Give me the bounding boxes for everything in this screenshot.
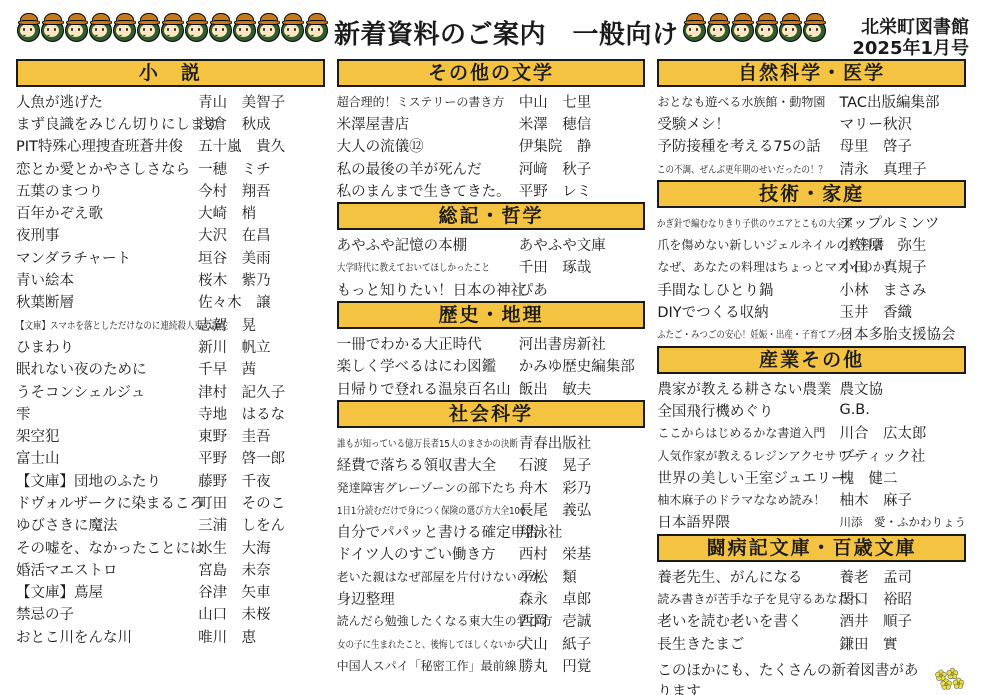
book-author: 小林 まさみ [839,279,966,300]
book-title: 爪を傷めない新しいジェルネイルの教科書 [657,236,839,253]
book-title: 老いを読む老いを書く [657,610,839,631]
book-title: 【文庫】蔦屋 [16,581,198,602]
acorn-child-icon [17,12,40,42]
book-title: 大人の流儀⑫ [337,135,519,156]
book-author: 山口 未桜 [198,603,325,624]
list-item: 手間なしひとり鍋小林 まさみ [657,278,966,300]
acorn-child-icon [257,12,280,42]
acorn-child-icon [803,12,826,42]
book-title: 中国人スパイ「秘密工作」最前線 [337,657,519,674]
book-title: 婚活マエストロ [16,559,198,580]
book-title: 雫 [16,403,198,424]
book-author: 唯川 恵 [198,626,325,647]
book-title: 自分でパパッと書ける確定申告 [337,521,519,542]
list-item: 中国人スパイ「秘密工作」最前線勝丸 円覚 [337,654,646,676]
list-item: 農家が教える耕さない農業農文協 [657,377,966,399]
book-author: 犬山 紙子 [519,633,646,654]
list-item: 老いた親はなぜ部屋を片付けないのか平松 類 [337,565,646,587]
book-author: 藤野 千夜 [198,470,325,491]
acorn-child-icon [779,12,802,42]
list-item: うそコンシェルジュ津村 記久子 [16,380,325,402]
list-item: 予防接種を考える75の話母里 啓子 [657,135,966,157]
book-title: 読み書きが苦手な子を見守るあなたへ [657,590,839,607]
book-title: 架空犯 [16,425,198,446]
book-title: 受験メシ！ [657,113,839,134]
book-author: 青春出版社 [519,432,646,453]
page-header: 新着資料のご案内 一般向け 北栄町図書館 2025年1月号 [0,0,983,56]
book-author: 桜木 紫乃 [198,269,325,290]
book-title: 経費で落ちる領収書大全 [337,454,519,475]
list-item: 大人の流儀⑫伊集院 静 [337,135,646,157]
book-author: 川合 広太郎 [839,422,966,443]
newsletter-page: 新着資料のご案内 一般向け 北栄町図書館 2025年1月号 小 説人魚が逃げた青… [0,0,983,695]
section-header: その他の文学 [337,59,646,87]
book-author: 津村 記久子 [198,381,325,402]
book-title: おとなも遊べる水族館・動物園 [657,93,839,110]
book-title: 読んだら勉強したくなる東大生の学び方 [337,612,519,629]
book-title: 老いた親はなぜ部屋を片付けないのか [337,568,519,585]
book-author: 河出書房新社 [519,333,646,354]
book-title: その嘘を、なかったことには [16,537,198,558]
book-title: 【文庫】スマホを落としただけなのに連続殺人鬼の誕生 [16,317,171,332]
section-header: 闘病記文庫・百歳文庫 [657,534,966,562]
book-author: TAC出版編集部 [839,91,966,112]
book-author: あやふや文庫 [519,234,646,255]
book-title: 一冊でわかる大正時代 [337,333,519,354]
book-title: 五葉のまつり [16,180,198,201]
list-item: 長生きたまご鎌田 實 [657,632,966,654]
list-item: 【文庫】団地のふたり藤野 千夜 [16,469,325,491]
book-title: うそコンシェルジュ [16,381,198,402]
book-title: 身辺整理 [337,588,519,609]
book-author: ぴあ [519,279,646,300]
book-author: 宮島 未奈 [198,559,325,580]
section-header: 産業その他 [657,346,966,374]
book-title: 富士山 [16,447,198,468]
list-item: 米澤屋書店米澤 穂信 [337,112,646,134]
book-title: 【文庫】団地のふたり [16,470,198,491]
acorn-child-icon [89,12,112,42]
list-item: 世界の美しい王室ジュエリー槐 健二 [657,466,966,488]
list-item: 富士山平野 啓一郎 [16,447,325,469]
book-title: 眠れない夜のために [16,358,198,379]
list-item: 百年かぞえ歌大崎 梢 [16,201,325,223]
book-author: 川添 愛・ふかわりょう [839,514,966,530]
book-author: 酒井 順子 [839,610,966,631]
book-author: 清永 真理子 [839,158,966,179]
acorn-child-icon [755,12,778,42]
list-item: その嘘を、なかったことには水生 大海 [16,536,325,558]
list-item: 禁忌の子山口 未桜 [16,603,325,625]
book-title: 楽しく学べるはにわ図鑑 [337,355,519,376]
list-item: まず良識をみじん切りにします浅倉 秋成 [16,112,325,134]
book-title: 日本語界隈 [657,511,839,532]
book-author: 平野 啓一郎 [198,447,325,468]
book-author: 佐々木 譲 [198,291,325,312]
list-item: 夜刑事大沢 在昌 [16,224,325,246]
list-item: 【文庫】蔦屋谷津 矢車 [16,581,325,603]
book-title: PIT特殊心理捜査班蒼井俊 [16,135,198,156]
book-columns: 小 説人魚が逃げた青山 美智子まず良識をみじん切りにします浅倉 秋成PIT特殊心… [0,56,983,695]
list-item: 発達障害グレーゾーンの部下たち舟木 彩乃 [337,476,646,498]
list-item: 受験メシ！マリー秋沢 [657,112,966,134]
book-author: 千早 茜 [198,358,325,379]
section-header: 歴史・地理 [337,301,646,329]
book-author: 母里 啓子 [839,135,966,156]
book-author: 鎌田 實 [839,633,966,654]
book-title: 農家が教える耕さない農業 [657,378,839,399]
acorn-child-icon [137,12,160,42]
list-item: 楽しく学べるはにわ図鑑かみゆ歴史編集部 [337,355,646,377]
book-author: 玉井 香織 [839,301,966,322]
book-title: 柚木麻子のドラマななめ読み！ [657,491,839,508]
book-title: DIYでつくる収納 [657,301,839,322]
list-item: 五葉のまつり今村 翔吾 [16,179,325,201]
list-item: 人魚が逃げた青山 美智子 [16,90,325,112]
acorn-child-icon [233,12,256,42]
list-item: 身辺整理森永 卓郎 [337,587,646,609]
list-item: 柚木麻子のドラマななめ読み！柚木 麻子 [657,488,966,510]
book-title: かぎ針で編むなりきり子供のウエアとこもの大全集 [657,215,812,230]
book-title: この不調、ぜんぶ更年期のせいだったの！？ [657,161,812,176]
book-author: 農文協 [839,378,966,399]
book-author: 米澤 穂信 [519,113,646,134]
book-author: 勝丸 円覚 [519,655,646,676]
book-author: 千田 琢哉 [519,256,646,277]
list-item: 一冊でわかる大正時代河出書房新社 [337,332,646,354]
page-title: 新着資料のご案内 一般向け [334,14,679,51]
book-title: 人魚が逃げた [16,91,198,112]
section-header: 社会科学 [337,400,646,428]
book-author: 日本多胎支援協会 [839,323,966,344]
book-author: 平松 類 [519,566,646,587]
footer-note-text: このほかにも、たくさんの新着図書があります [657,659,924,695]
book-title: マンダラチャート [16,247,198,268]
book-author: 浅倉 秋成 [198,113,325,134]
list-item: 全国飛行機めぐりG.B. [657,399,966,421]
mascot-row-right [683,10,827,42]
book-author: かみゆ歴史編集部 [519,355,646,376]
list-item: マンダラチャート垣谷 美雨 [16,246,325,268]
list-item: 架空犯東野 圭吾 [16,424,325,446]
book-title: 私の最後の羊が死んだ [337,158,519,179]
book-author: ブティック社 [839,445,966,466]
book-author: 谷津 矢車 [198,581,325,602]
book-author: 西村 栄基 [519,543,646,564]
book-title: 米澤屋書店 [337,113,519,134]
list-item: ドヴォルザークに染まるころ町田 そのこ [16,491,325,513]
book-title: なぜ、あなたの料理はちょっとマズイのか？ [657,258,839,275]
book-title: 女の子に生まれたこと、後悔してほしくないから [337,636,492,651]
acorn-child-icon [41,12,64,42]
book-title: まず良識をみじん切りにします [16,113,198,134]
book-author: 一穂 ミチ [198,158,325,179]
acorn-child-icon [305,12,328,42]
list-item: 私の最後の羊が死んだ河﨑 秋子 [337,157,646,179]
book-title: おとこ川をんな川 [16,626,198,647]
book-title: 百年かぞえ歌 [16,202,198,223]
list-item: 超合理的！ミステリーの書き方中山 七里 [337,90,646,112]
acorn-child-icon [65,12,88,42]
list-item: 人気作家が教えるレジンアクセサリーブティック社 [657,444,966,466]
book-title: もっと知りたい！日本の神社 [337,279,519,300]
book-author: 伊集院 静 [519,135,646,156]
list-item: 日本語界隈川添 愛・ふかわりょう [657,511,966,533]
footer-note: このほかにも、たくさんの新着図書があります [657,659,966,695]
book-author: 舟木 彩乃 [519,477,646,498]
book-title: 誰もが知っている億万長者15人のまさかの決断 [337,435,492,450]
book-author: 寺地 はるな [198,403,325,424]
book-author: 五十嵐 貴久 [198,135,325,156]
book-title: 予防接種を考える75の話 [657,135,839,156]
book-author: 関口 裕昭 [839,588,966,609]
book-author: マリー秋沢 [839,113,966,134]
book-title: 人気作家が教えるレジンアクセサリー [657,447,839,464]
book-title: 大学時代に教えておいてほしかったこと [337,259,492,274]
acorn-child-icon [683,12,706,42]
book-author: 森永 卓郎 [519,588,646,609]
list-item: 【文庫】スマホを落としただけなのに連続殺人鬼の誕生志駕 晃 [16,313,325,335]
acorn-child-icon [185,12,208,42]
book-author: G.B. [839,402,966,418]
acorn-child-icon [209,12,232,42]
book-author: 柚木 麻子 [839,489,966,510]
list-item: 眠れない夜のために千早 茜 [16,358,325,380]
book-title: あやふや記憶の本棚 [337,234,519,255]
acorn-child-icon [731,12,754,42]
library-name: 北栄町図書館 [852,18,969,39]
book-title: 発達障害グレーゾーンの部下たち [337,479,519,496]
list-item: 秋葉断層佐々木 譲 [16,291,325,313]
book-title: ひまわり [16,336,198,357]
book-title: 全国飛行機めぐり [657,400,839,421]
book-author: 大沢 在昌 [198,224,325,245]
book-author: 今村 翔吾 [198,180,325,201]
book-title: 世界の美しい王室ジュエリー [657,467,839,488]
list-item: 読んだら勉強したくなる東大生の学び方西岡 壱誠 [337,610,646,632]
book-author: 三浦 しをん [198,514,325,535]
list-item: 恋とか愛とかやさしさなら一穂 ミチ [16,157,325,179]
book-title: ドイツ人のすごい働き方 [337,543,519,564]
book-author: 平野 レミ [519,180,646,201]
book-title: 恋とか愛とかやさしさなら [16,158,198,179]
acorn-child-icon [281,12,304,42]
book-author: アップルミンツ [839,212,966,233]
section-header: 小 説 [16,59,325,87]
list-item: 読み書きが苦手な子を見守るあなたへ関口 裕昭 [657,587,966,609]
list-item: ドイツ人のすごい働き方西村 栄基 [337,543,646,565]
section-header: 技術・家庭 [657,180,966,208]
list-item: おとこ川をんな川唯川 恵 [16,625,325,647]
list-item: 養老先生、がんになる養老 孟司 [657,565,966,587]
book-author: 大崎 梢 [198,202,325,223]
list-item: かぎ針で編むなりきり子供のウエアとこもの大全集アップルミンツ [657,211,966,233]
list-item: ふたご・みつごの安心！妊娠・出産・子育てブック日本多胎支援協会 [657,323,966,345]
list-item: 爪を傷めない新しいジェルネイルの教科書小笠原 弥生 [657,233,966,255]
book-author: 西岡 壱誠 [519,610,646,631]
list-item: 青い絵本桜木 紫乃 [16,268,325,290]
list-item: 誰もが知っている億万長者15人のまさかの決断青春出版社 [337,431,646,453]
section-header: 総記・哲学 [337,202,646,230]
list-item: おとなも遊べる水族館・動物園TAC出版編集部 [657,90,966,112]
list-item: 日帰りで登れる温泉百名山飯出 敏夫 [337,377,646,399]
book-author: 河﨑 秋子 [519,158,646,179]
book-title: ふたご・みつごの安心！妊娠・出産・子育てブック [657,326,812,341]
book-title: 禁忌の子 [16,603,198,624]
list-item: 私のまんまで生きてきた。平野 レミ [337,179,646,201]
list-item: 雫寺地 はるな [16,402,325,424]
book-title: 夜刑事 [16,224,198,245]
book-author: 水生 大海 [198,537,325,558]
list-item: この不調、ぜんぶ更年期のせいだったの！？清永 真理子 [657,157,966,179]
book-title: 養老先生、がんになる [657,566,839,587]
list-item: 1日1分読むだけで身につく保険の選び方大全100長尾 義弘 [337,498,646,520]
book-author: 養老 孟司 [839,566,966,587]
book-author: 翔泳社 [519,521,646,542]
list-item: 老いを読む老いを書く酒井 順子 [657,610,966,632]
list-item: ひまわり新川 帆立 [16,335,325,357]
book-title: 青い絵本 [16,269,198,290]
book-title: ドヴォルザークに染まるころ [16,492,198,513]
acorn-child-icon [113,12,136,42]
book-author: 小田 真規子 [839,256,966,277]
book-title: 1日1分読むだけで身につく保険の選び方大全100 [337,502,492,517]
list-item: 女の子に生まれたこと、後悔してほしくないから犬山 紙子 [337,632,646,654]
library-block: 北栄町図書館 2025年1月号 [852,10,969,59]
book-author: 町田 そのこ [198,492,325,513]
list-item: 大学時代に教えておいてほしかったこと千田 琢哉 [337,256,646,278]
list-item: ここからはじめるかな書道入門川合 広太郎 [657,422,966,444]
flower-cluster-icon [933,666,966,694]
book-author: 中山 七里 [519,91,646,112]
list-item: 経費で落ちる領収書大全石渡 晃子 [337,454,646,476]
list-item: あやふや記憶の本棚あやふや文庫 [337,233,646,255]
list-item: なぜ、あなたの料理はちょっとマズイのか？小田 真規子 [657,256,966,278]
issue-label: 2025年1月号 [852,39,969,60]
book-title: 私のまんまで生きてきた。 [337,180,519,201]
acorn-child-icon [707,12,730,42]
list-item: DIYでつくる収納玉井 香織 [657,300,966,322]
book-author: 小笠原 弥生 [839,234,966,255]
mascot-row-left [16,10,328,42]
book-title: 秋葉断層 [16,291,198,312]
book-author: 長尾 義弘 [519,499,646,520]
book-title: ここからはじめるかな書道入門 [657,424,839,441]
list-item: 婚活マエストロ宮島 未奈 [16,558,325,580]
column-2: 自然科学・医学おとなも遊べる水族館・動物園TAC出版編集部受験メシ！マリー秋沢予… [657,58,966,695]
column-0: 小 説人魚が逃げた青山 美智子まず良識をみじん切りにします浅倉 秋成PIT特殊心… [16,58,325,647]
acorn-child-icon [161,12,184,42]
book-author: 青山 美智子 [198,91,325,112]
section-header: 自然科学・医学 [657,59,966,87]
book-author: 飯出 敏夫 [519,378,646,399]
book-author: 垣谷 美雨 [198,247,325,268]
book-title: 日帰りで登れる温泉百名山 [337,378,519,399]
book-title: 長生きたまご [657,633,839,654]
book-author: 槐 健二 [839,467,966,488]
column-1: その他の文学超合理的！ミステリーの書き方中山 七里米澤屋書店米澤 穂信大人の流儀… [337,58,646,677]
book-title: 手間なしひとり鍋 [657,279,839,300]
book-author: 東野 圭吾 [198,425,325,446]
list-item: もっと知りたい！日本の神社ぴあ [337,278,646,300]
book-title: 超合理的！ミステリーの書き方 [337,93,519,110]
list-item: 自分でパパッと書ける確定申告翔泳社 [337,520,646,542]
book-title: ゆびさきに魔法 [16,514,198,535]
list-item: ゆびさきに魔法三浦 しをん [16,514,325,536]
list-item: PIT特殊心理捜査班蒼井俊五十嵐 貴久 [16,135,325,157]
book-author: 新川 帆立 [198,336,325,357]
book-author: 石渡 晃子 [519,454,646,475]
